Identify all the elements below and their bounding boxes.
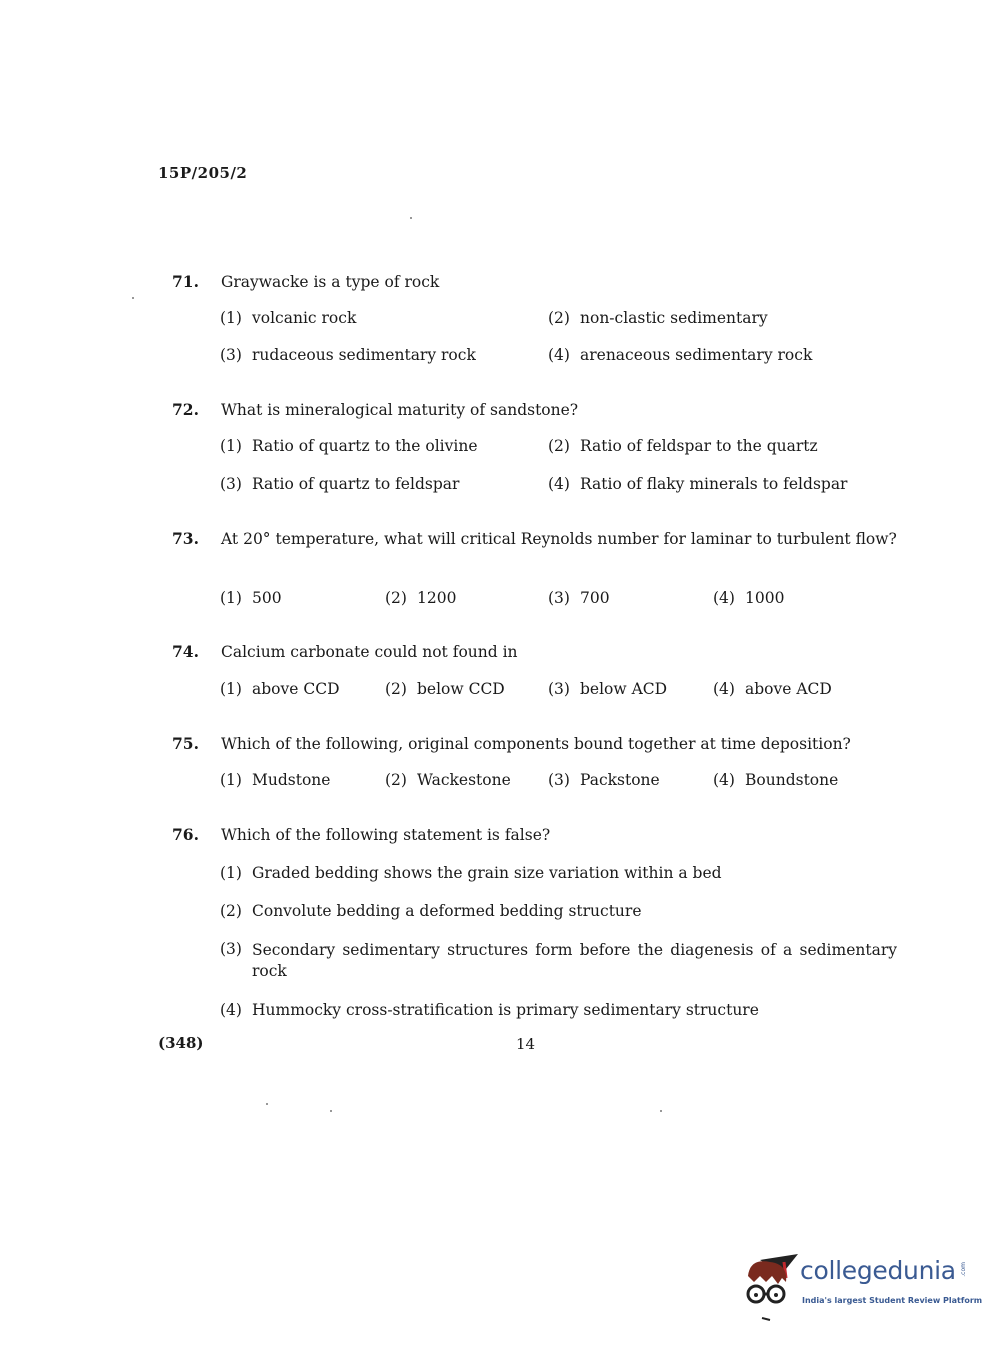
option-75-2: (2)Wackestone	[385, 771, 511, 789]
question-number: 75.	[172, 734, 199, 753]
option-73-1: (1)500	[220, 589, 282, 607]
option-71-4: (4)arenaceous sedimentary rock	[548, 346, 812, 364]
question-text: Graywacke is a type of rock	[221, 272, 901, 293]
mascot-icon	[742, 1248, 802, 1328]
question-text: Calcium carbonate could not found in	[221, 642, 901, 663]
scan-speck	[410, 217, 412, 219]
option-72-1: (1)Ratio of quartz to the olivine	[220, 437, 478, 455]
question-text: Which of the following statement is fals…	[221, 825, 901, 846]
question-text: What is mineralogical maturity of sandst…	[221, 400, 901, 421]
scan-speck	[132, 297, 134, 299]
collegedunia-logo: collegedunia .com India's largest Studen…	[742, 1248, 972, 1328]
paper-code: 15P/205/2	[158, 164, 247, 182]
option-75-4: (4)Boundstone	[713, 771, 838, 789]
option-72-3: (3)Ratio of quartz to feldspar	[220, 475, 459, 493]
brand-name: collegedunia	[800, 1256, 956, 1285]
option-72-2: (2)Ratio of feldspar to the quartz	[548, 437, 818, 455]
footer-code: (348)	[158, 1034, 204, 1052]
option-73-3: (3)700	[548, 589, 610, 607]
option-74-1: (1)above CCD	[220, 680, 340, 698]
question-text: Which of the following, original compone…	[221, 734, 901, 755]
option-74-2: (2)below CCD	[385, 680, 505, 698]
option-71-3: (3)rudaceous sedimentary rock	[220, 346, 476, 364]
option-76-4: (4)Hummocky cross-stratification is prim…	[220, 1001, 759, 1019]
option-76-1: (1)Graded bedding shows the grain size v…	[220, 864, 722, 882]
question-number: 71.	[172, 272, 199, 291]
question-number: 76.	[172, 825, 199, 844]
option-75-1: (1)Mudstone	[220, 771, 330, 789]
scan-speck	[330, 1110, 332, 1112]
option-74-4: (4)above ACD	[713, 680, 832, 698]
brand-domain: .com	[960, 1262, 967, 1277]
option-73-2: (2)1200	[385, 589, 456, 607]
option-73-4: (4)1000	[713, 589, 784, 607]
option-75-3: (3)Packstone	[548, 771, 660, 789]
question-number: 72.	[172, 400, 199, 419]
option-71-1: (1)volcanic rock	[220, 309, 356, 327]
option-76-3: (3) Secondary sedimentary structures for…	[220, 940, 897, 982]
question-number: 74.	[172, 642, 199, 661]
option-72-4: (4)Ratio of flaky minerals to feldspar	[548, 475, 847, 493]
option-74-3: (3)below ACD	[548, 680, 667, 698]
question-number: 73.	[172, 529, 199, 548]
option-71-2: (2)non-clastic sedimentary	[548, 309, 768, 327]
scan-speck	[660, 1110, 662, 1112]
brand-tagline: India's largest Student Review Platform	[802, 1296, 982, 1305]
scan-speck	[266, 1103, 268, 1105]
page-number: 14	[516, 1035, 535, 1053]
question-text: At 20° temperature, what will critical R…	[221, 529, 901, 550]
option-76-2: (2)Convolute bedding a deformed bedding …	[220, 902, 642, 920]
